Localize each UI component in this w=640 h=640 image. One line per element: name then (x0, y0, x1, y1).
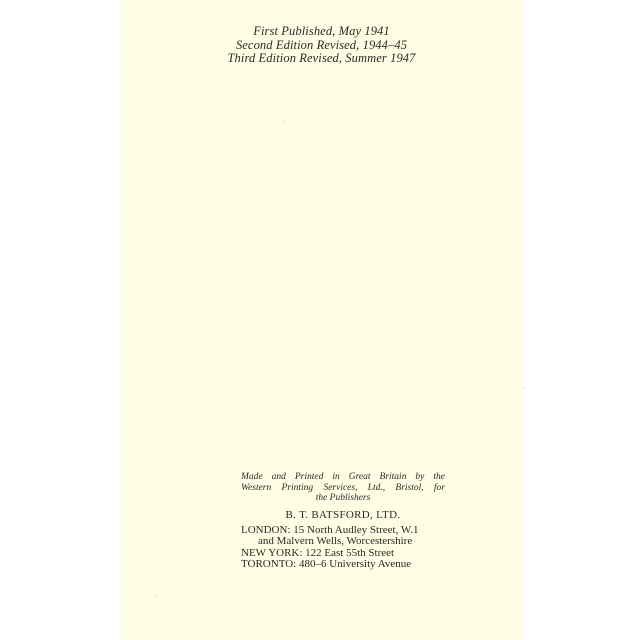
edition-line-third: Third Edition Revised, Summer 1947 (120, 52, 523, 66)
paper-speck (524, 388, 525, 389)
printer-note-line: Western Printing Services, Ltd., Bristol… (241, 483, 445, 494)
edition-line-second: Second Edition Revised, 1944–45 (120, 39, 523, 53)
address-malvern: and Malvern Wells, Worcestershire (241, 536, 445, 548)
imprint-block: Made and Printed in Great Britain by the… (241, 472, 445, 571)
publisher-name: B. T. BATSFORD, LTD. (241, 509, 445, 521)
edition-line-first: First Published, May 1941 (120, 25, 523, 39)
address-toronto: TORONTO: 480–6 University Avenue (241, 559, 445, 571)
paper-speck (155, 596, 156, 597)
paper-speck (283, 121, 284, 122)
publisher-addresses: LONDON: 15 North Audley Street, W.1 and … (241, 525, 445, 571)
printer-note-line: the Publishers (241, 493, 445, 504)
printer-note: Made and Printed in Great Britain by the… (241, 472, 445, 504)
printer-note-line: Made and Printed in Great Britain by the (241, 472, 445, 483)
edition-history: First Published, May 1941 Second Edition… (120, 25, 523, 66)
